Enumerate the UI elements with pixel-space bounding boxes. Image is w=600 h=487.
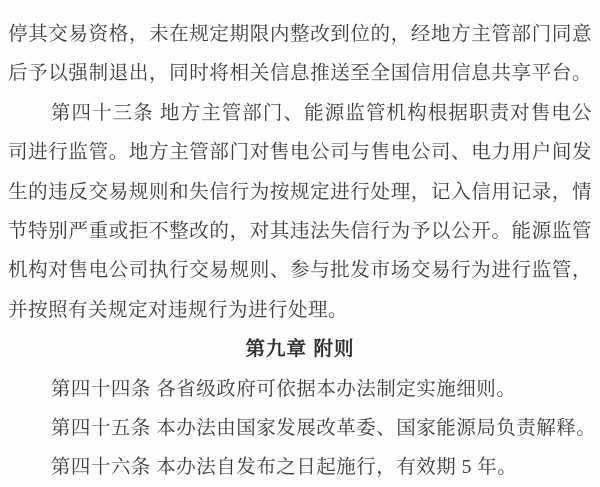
doc-line-12-article-46: 第四十六条 本办法自发布之日起施行，有效期 5 年。 (8, 448, 592, 487)
doc-line-10-article-44: 第四十四条 各省级政府可依据本办法制定实施细则。 (8, 370, 592, 409)
doc-line-6: 节特别严重或拒不整改的，对其违法失信行为予以公开。能源监管 (8, 212, 592, 251)
doc-line-3-article-43: 第四十三条 地方主管部门、能源监管机构根据职责对售电公 (8, 94, 592, 133)
doc-line-8: 并按照有关规定对违规行为进行处理。 (8, 291, 592, 330)
doc-line-5: 生的违反交易规则和失信行为按规定进行处理，记入信用记录，情 (8, 173, 592, 212)
doc-line-11-article-45: 第四十五条 本办法由国家发展改革委、国家能源局负责解释。 (8, 409, 592, 448)
doc-line-7: 机构对售电公司执行交易规则、参与批发市场交易行为进行监管， (8, 251, 592, 290)
doc-line-1: 停其交易资格，未在规定期限内整改到位的，经地方主管部门同意 (8, 15, 592, 54)
document-page: 停其交易资格，未在规定期限内整改到位的，经地方主管部门同意 后予以强制退出，同时… (0, 0, 600, 487)
chapter-heading: 第九章 附则 (8, 330, 592, 369)
doc-line-4: 司进行监管。地方主管部门对售电公司与售电公司、电力用户间发 (8, 133, 592, 172)
doc-line-2: 后予以强制退出，同时将相关信息推送至全国信用信息共享平台。 (8, 54, 592, 93)
